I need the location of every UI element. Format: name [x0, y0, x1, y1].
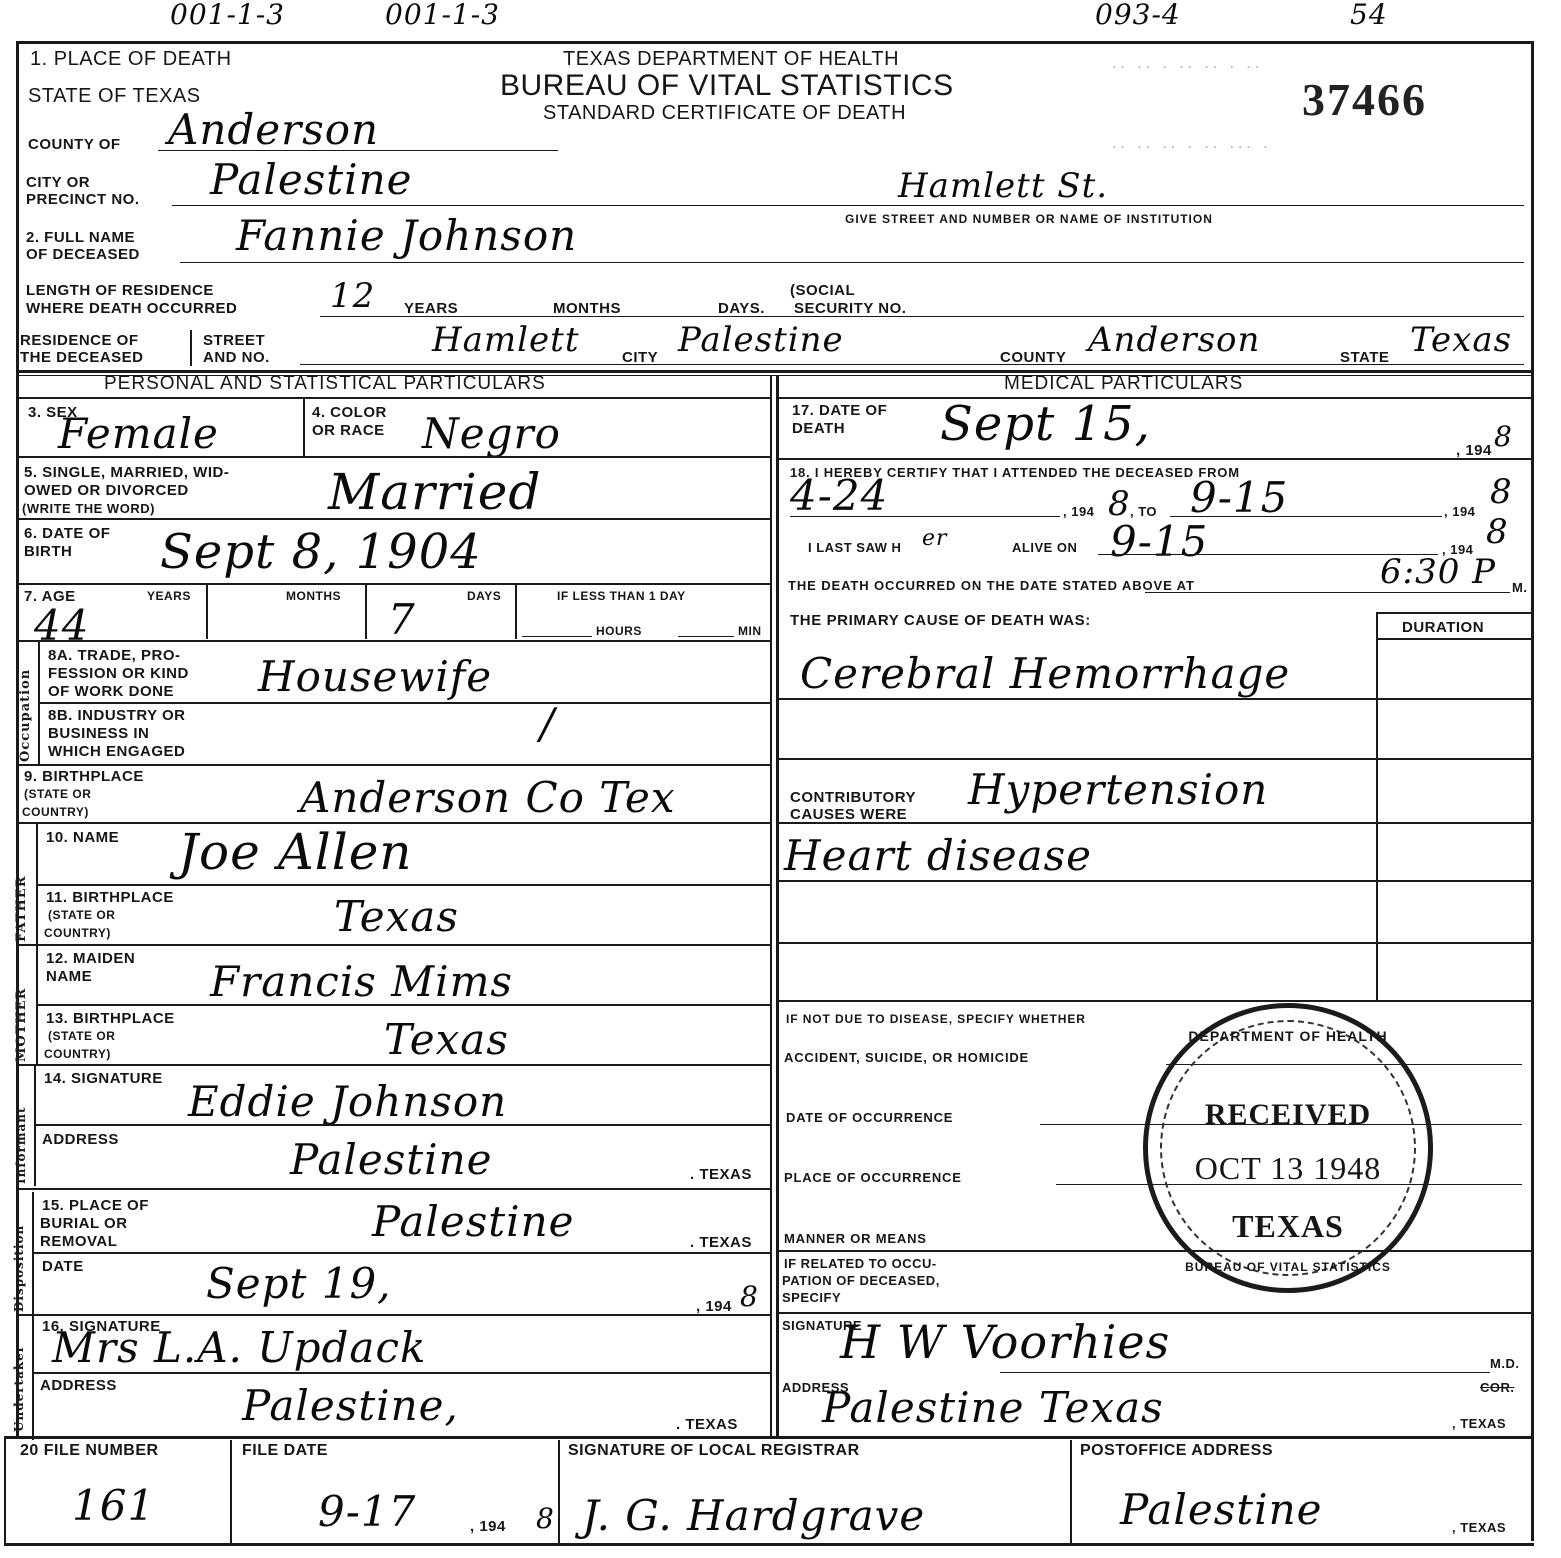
burial-date-label: DATE: [42, 1258, 84, 1275]
burial-label-2: BURIAL OR: [40, 1215, 128, 1232]
days-label: DAYS.: [718, 300, 765, 317]
form-title: STANDARD CERTIFICATE OF DEATH: [543, 102, 906, 124]
burial-date-value: Sept 19,: [206, 1262, 392, 1306]
row-line: [16, 583, 772, 585]
burial-place-value: Palestine: [372, 1200, 574, 1244]
to-year-prefix: , 194: [1444, 504, 1475, 519]
death-year-prefix: , 194: [1456, 442, 1492, 459]
row-line: [36, 884, 772, 886]
cor-label: COR.: [1480, 1380, 1515, 1395]
physician-signature-value: H W Voorhies: [840, 1320, 1170, 1364]
medical-section-title: MEDICAL PARTICULARS: [1004, 374, 1243, 394]
contributory-label: CONTRIBUTORY: [790, 789, 916, 806]
undertaker-signature-value: Mrs L.A. Updack: [52, 1326, 426, 1370]
form-border-top: [16, 41, 1534, 44]
last-saw-label: I LAST SAW H: [808, 540, 901, 555]
stamp-date-text: OCT 13 1948: [1148, 1150, 1428, 1187]
file-date-label: FILE DATE: [242, 1442, 328, 1459]
father-birthplace-label-2: (STATE OR: [48, 908, 115, 922]
months-label: MONTHS: [553, 300, 621, 317]
hours-label: HOURS: [596, 624, 642, 638]
full-name-underline: [180, 262, 1524, 263]
father-birthplace-value: Texas: [334, 895, 459, 939]
personal-section-title: PERSONAL AND STATISTICAL PARTICULARS: [104, 374, 546, 394]
undertaker-side-label: Undertaker: [12, 1345, 26, 1432]
burial-label-3: REMOVAL: [40, 1233, 117, 1250]
row-line: [16, 397, 772, 399]
informant-texas-label: . TEXAS: [690, 1166, 752, 1183]
last-saw-value: 9-15: [1110, 520, 1208, 564]
postoffice-value: Palestine: [1120, 1488, 1322, 1532]
residence-street-value: Hamlett: [432, 322, 579, 358]
residence-city-value: Palestine: [678, 322, 844, 358]
faint-bleed-text: ·· ·· · ·· ·· · ··: [1110, 60, 1261, 76]
sex-race-divider: [303, 398, 305, 456]
row-line: [776, 1250, 1532, 1252]
column-divider-2: [770, 375, 772, 1438]
trade-label: 8A. TRADE, PRO-: [48, 647, 181, 664]
file-number-value: 161: [72, 1484, 155, 1528]
undertaker-address-value: Palestine,: [242, 1384, 459, 1428]
row-line: [16, 640, 772, 642]
age-divider: [365, 584, 367, 639]
mother-birthplace-label-3: COUNTRY): [44, 1047, 111, 1061]
row-line: [34, 1124, 772, 1126]
row-line: [776, 698, 1532, 700]
residence-county-value: Anderson: [1088, 322, 1260, 358]
informant-signature-label: 14. SIGNATURE: [44, 1070, 163, 1087]
age-days-value: 7: [388, 598, 416, 642]
marital-label-3: (WRITE THE WORD): [22, 501, 155, 516]
death-time-suffix: M.: [1512, 580, 1527, 595]
row-line: [776, 880, 1532, 882]
physician-address-value: Palestine Texas: [822, 1386, 1164, 1430]
from-year-prefix: , 194: [1063, 504, 1094, 519]
occurrence-date-label: DATE OF OCCURRENCE: [786, 1110, 953, 1125]
primary-cause-value: Cerebral Hemorrhage: [800, 652, 1290, 696]
less-than-day-label: IF LESS THAN 1 DAY: [557, 589, 686, 603]
burial-year-prefix: , 194: [696, 1298, 732, 1315]
row-line: [32, 1252, 772, 1254]
row-line: [32, 1372, 772, 1374]
md-label: M.D.: [1490, 1356, 1519, 1371]
faint-bleed-text: ·· ·· ·· · ·· ··· ·: [1110, 140, 1270, 156]
years-label: YEARS: [404, 300, 458, 317]
birthplace-label-2: (STATE OR: [24, 787, 91, 801]
father-name-value: Joe Allen: [178, 830, 413, 874]
physician-texas-label: , TEXAS: [1452, 1416, 1506, 1431]
date-of-death-label-2: DEATH: [792, 420, 845, 437]
race-value: Negro: [422, 412, 561, 456]
race-label-2: OR RACE: [312, 422, 385, 439]
mother-name-label: 12. MAIDEN: [46, 950, 135, 967]
file-code-annotation: 093-4: [1095, 0, 1181, 30]
city-value: Palestine: [210, 158, 412, 202]
dob-value: Sept 8, 1904: [160, 530, 482, 574]
age-divider: [206, 584, 208, 639]
undertaker-address-label: ADDRESS: [40, 1377, 117, 1394]
age-years-label: YEARS: [147, 589, 191, 603]
signature-underline: [1000, 1372, 1490, 1373]
filing-top-line: [4, 1436, 1534, 1439]
row-line: [16, 764, 772, 766]
industry-label-3: WHICH ENGAGED: [48, 743, 185, 760]
from-underline: [790, 516, 1060, 517]
mother-name-value: Francis Mims: [210, 960, 513, 1004]
residence-divider: [190, 330, 192, 366]
death-year-suffix: 8: [1494, 422, 1513, 452]
row-line: [16, 456, 772, 458]
sex-value: Female: [58, 412, 219, 456]
dob-label-2: BIRTH: [24, 543, 72, 560]
filing-divider: [558, 1440, 560, 1544]
ssn-label: (SOCIAL: [790, 282, 855, 299]
hours-underline: [522, 636, 592, 637]
stamp-received-text: RECEIVED: [1148, 1098, 1428, 1132]
industry-value: /: [540, 702, 555, 746]
duration-label: DURATION: [1402, 619, 1484, 636]
form-border-right: [1531, 41, 1534, 1541]
to-underline: [1170, 516, 1442, 517]
race-label: 4. COLOR: [312, 404, 387, 421]
row-line: [776, 822, 1532, 824]
mother-birthplace-label: 13. BIRTHPLACE: [46, 1010, 175, 1027]
burial-texas-label: . TEXAS: [690, 1234, 752, 1251]
death-time-label: THE DEATH OCCURRED ON THE DATE STATED AB…: [788, 578, 1195, 593]
side-divider: [34, 1066, 36, 1186]
accident-label: ACCIDENT, SUICIDE, OR HOMICIDE: [784, 1050, 1029, 1065]
residence-years-value: 12: [330, 278, 375, 314]
received-stamp: DEPARTMENT OF HEALTH RECEIVED OCT 13 194…: [1143, 1003, 1433, 1293]
residence-length-label: LENGTH OF RESIDENCE: [26, 282, 214, 299]
father-birthplace-label: 11. BIRTHPLACE: [46, 889, 174, 906]
age-divider: [515, 584, 517, 639]
age-months-label: MONTHS: [286, 589, 341, 603]
min-label: MIN: [738, 624, 762, 638]
file-year-suffix: 8: [536, 1504, 555, 1534]
row-line: [16, 1314, 772, 1316]
certificate-number: 37466: [1302, 76, 1427, 124]
street-label-2: AND NO.: [203, 349, 270, 366]
not-disease-label: IF NOT DUE TO DISEASE, SPECIFY WHETHER: [786, 1012, 1086, 1026]
filing-divider: [230, 1440, 232, 1544]
row-line: [16, 1188, 772, 1190]
occupation-related-label: IF RELATED TO OCCU-: [784, 1256, 937, 1271]
file-code-annotation: 54: [1350, 0, 1388, 30]
row-line: [16, 944, 772, 946]
city-underline: [172, 205, 1524, 206]
duration-header-line: [1376, 638, 1532, 640]
residence-length-label-2: WHERE DEATH OCCURRED: [26, 300, 237, 317]
birthplace-value: Anderson Co Tex: [300, 776, 676, 820]
duration-top-line: [1376, 612, 1532, 614]
last-saw-year-suffix: 8: [1486, 514, 1509, 550]
filing-divider: [1070, 1440, 1072, 1544]
department-title: TEXAS DEPARTMENT OF HEALTH: [563, 48, 899, 70]
to-year-suffix: 8: [1490, 474, 1513, 510]
street-institution-value: Hamlett St.: [898, 168, 1108, 204]
marital-value: Married: [328, 470, 541, 514]
registrar-label: SIGNATURE OF LOCAL REGISTRAR: [568, 1442, 860, 1459]
undertaker-texas-label: . TEXAS: [676, 1416, 738, 1433]
place-of-death-section-label: 1. PLACE OF DEATH: [30, 48, 232, 70]
occurrence-place-label: PLACE OF OCCURRENCE: [784, 1170, 962, 1185]
county-underline: [158, 150, 558, 151]
informant-signature-value: Eddie Johnson: [188, 1080, 507, 1124]
burial-label: 15. PLACE OF: [42, 1197, 149, 1214]
stamp-state-text: TEXAS: [1148, 1208, 1428, 1245]
row-line: [776, 758, 1532, 760]
marital-label-2: OWED OR DIVORCED: [24, 482, 189, 499]
birthplace-label-3: COUNTRY): [22, 805, 89, 819]
contributory-label-2: CAUSES WERE: [790, 806, 907, 823]
mother-side-label: MOTHER: [14, 988, 29, 1062]
mother-name-label-2: NAME: [46, 968, 92, 985]
form-border-left-bottom: [4, 1437, 6, 1545]
residence-label-2: THE DECEASED: [20, 349, 144, 366]
date-of-death-value: Sept 15,: [940, 402, 1151, 446]
last-saw-pronoun: er: [922, 524, 948, 554]
file-code-annotation: 001-1-3: [385, 0, 500, 30]
row-line: [16, 1064, 772, 1066]
street-caption: GIVE STREET AND NUMBER OR NAME OF INSTIT…: [845, 212, 1213, 226]
trade-label-3: OF WORK DONE: [48, 683, 174, 700]
residence-label: RESIDENCE OF: [20, 332, 139, 349]
file-date-value: 9-17: [318, 1490, 416, 1534]
contributory-value-2: Heart disease: [784, 834, 1092, 878]
min-underline: [678, 636, 734, 637]
attended-from-value: 4-24: [790, 474, 888, 518]
file-year-prefix: , 194: [470, 1518, 506, 1535]
occupation-side-label: Occupation: [18, 669, 33, 762]
mother-birthplace-value: Texas: [384, 1018, 509, 1062]
informant-address-value: Palestine: [290, 1138, 492, 1182]
mother-birthplace-label-2: (STATE OR: [48, 1029, 115, 1043]
industry-label-2: BUSINESS IN: [48, 725, 149, 742]
stamp-top-arc-text: DEPARTMENT OF HEALTH: [1148, 1028, 1428, 1044]
attended-to-value: 9-15: [1190, 476, 1288, 520]
primary-cause-label: THE PRIMARY CAUSE OF DEATH WAS:: [790, 612, 1091, 629]
street-label: STREET: [203, 332, 265, 349]
father-side-label: FATHER: [14, 875, 29, 942]
side-divider: [36, 946, 38, 1066]
age-days-label: DAYS: [467, 589, 501, 603]
marital-label: 5. SINGLE, MARRIED, WID-: [24, 464, 229, 481]
birthplace-label: 9. BIRTHPLACE: [24, 768, 144, 785]
contributory-value-1: Hypertension: [968, 768, 1268, 812]
trade-value: Housewife: [258, 655, 492, 699]
city-label-2: PRECINCT NO.: [26, 191, 140, 208]
side-divider: [32, 1192, 34, 1440]
row-line: [776, 458, 1532, 460]
full-name-value: Fannie Johnson: [236, 214, 577, 258]
file-number-label: 20 FILE NUMBER: [20, 1442, 159, 1459]
row-line: [776, 942, 1532, 944]
industry-label: 8B. INDUSTRY OR: [48, 707, 186, 724]
row-line: [776, 1000, 1532, 1002]
row-line: [776, 397, 1532, 399]
occupation-related-label-2: PATION OF DECEASED,: [782, 1273, 940, 1288]
state-of-texas-label: STATE OF TEXAS: [28, 85, 201, 107]
residence-state-value: Texas: [1410, 322, 1512, 358]
row-line: [16, 518, 772, 520]
stamp-bottom-arc-text: BUREAU OF VITAL STATISTICS: [1148, 1260, 1428, 1274]
postoffice-label: POSTOFFICE ADDRESS: [1080, 1442, 1273, 1459]
father-birthplace-label-3: COUNTRY): [44, 926, 111, 940]
disposition-side-label: Disposition: [12, 1225, 26, 1312]
informant-address-label: ADDRESS: [42, 1131, 119, 1148]
last-saw-label-2: ALIVE ON: [1012, 540, 1077, 555]
bureau-title: BUREAU OF VITAL STATISTICS: [500, 70, 954, 102]
form-border-bottom: [4, 1543, 1534, 1546]
row-line: [776, 1312, 1532, 1314]
registrar-signature-value: J. G. Hardgrave: [582, 1494, 925, 1538]
row-line: [36, 1004, 772, 1006]
father-name-label: 10. NAME: [46, 829, 119, 846]
death-time-underline: [1145, 592, 1510, 593]
city-label: CITY OR: [26, 174, 90, 191]
file-code-annotation: 001-1-3: [170, 0, 285, 30]
ssn-label-2: SECURITY NO.: [794, 300, 906, 317]
full-name-label-2: OF DECEASED: [26, 246, 140, 263]
column-divider: [776, 375, 779, 1438]
informant-side-label: Informant: [14, 1106, 28, 1184]
death-time-value: 6:30 P: [1380, 554, 1496, 590]
county-label: COUNTY OF: [28, 136, 121, 153]
row-line: [38, 702, 772, 704]
burial-year-suffix: 8: [740, 1282, 759, 1312]
residence-length-underline: [320, 316, 1524, 317]
full-name-label: 2. FULL NAME: [26, 229, 135, 246]
residence-underline: [300, 364, 1524, 365]
trade-label-2: FESSION OR KIND: [48, 665, 189, 682]
county-value: Anderson: [168, 108, 379, 152]
date-of-death-label: 17. DATE OF: [792, 402, 887, 419]
manner-label: MANNER OR MEANS: [784, 1231, 927, 1246]
occupation-related-label-3: SPECIFY: [782, 1290, 841, 1305]
postoffice-texas-label: , TEXAS: [1452, 1520, 1506, 1535]
dob-label: 6. DATE OF: [24, 525, 110, 542]
